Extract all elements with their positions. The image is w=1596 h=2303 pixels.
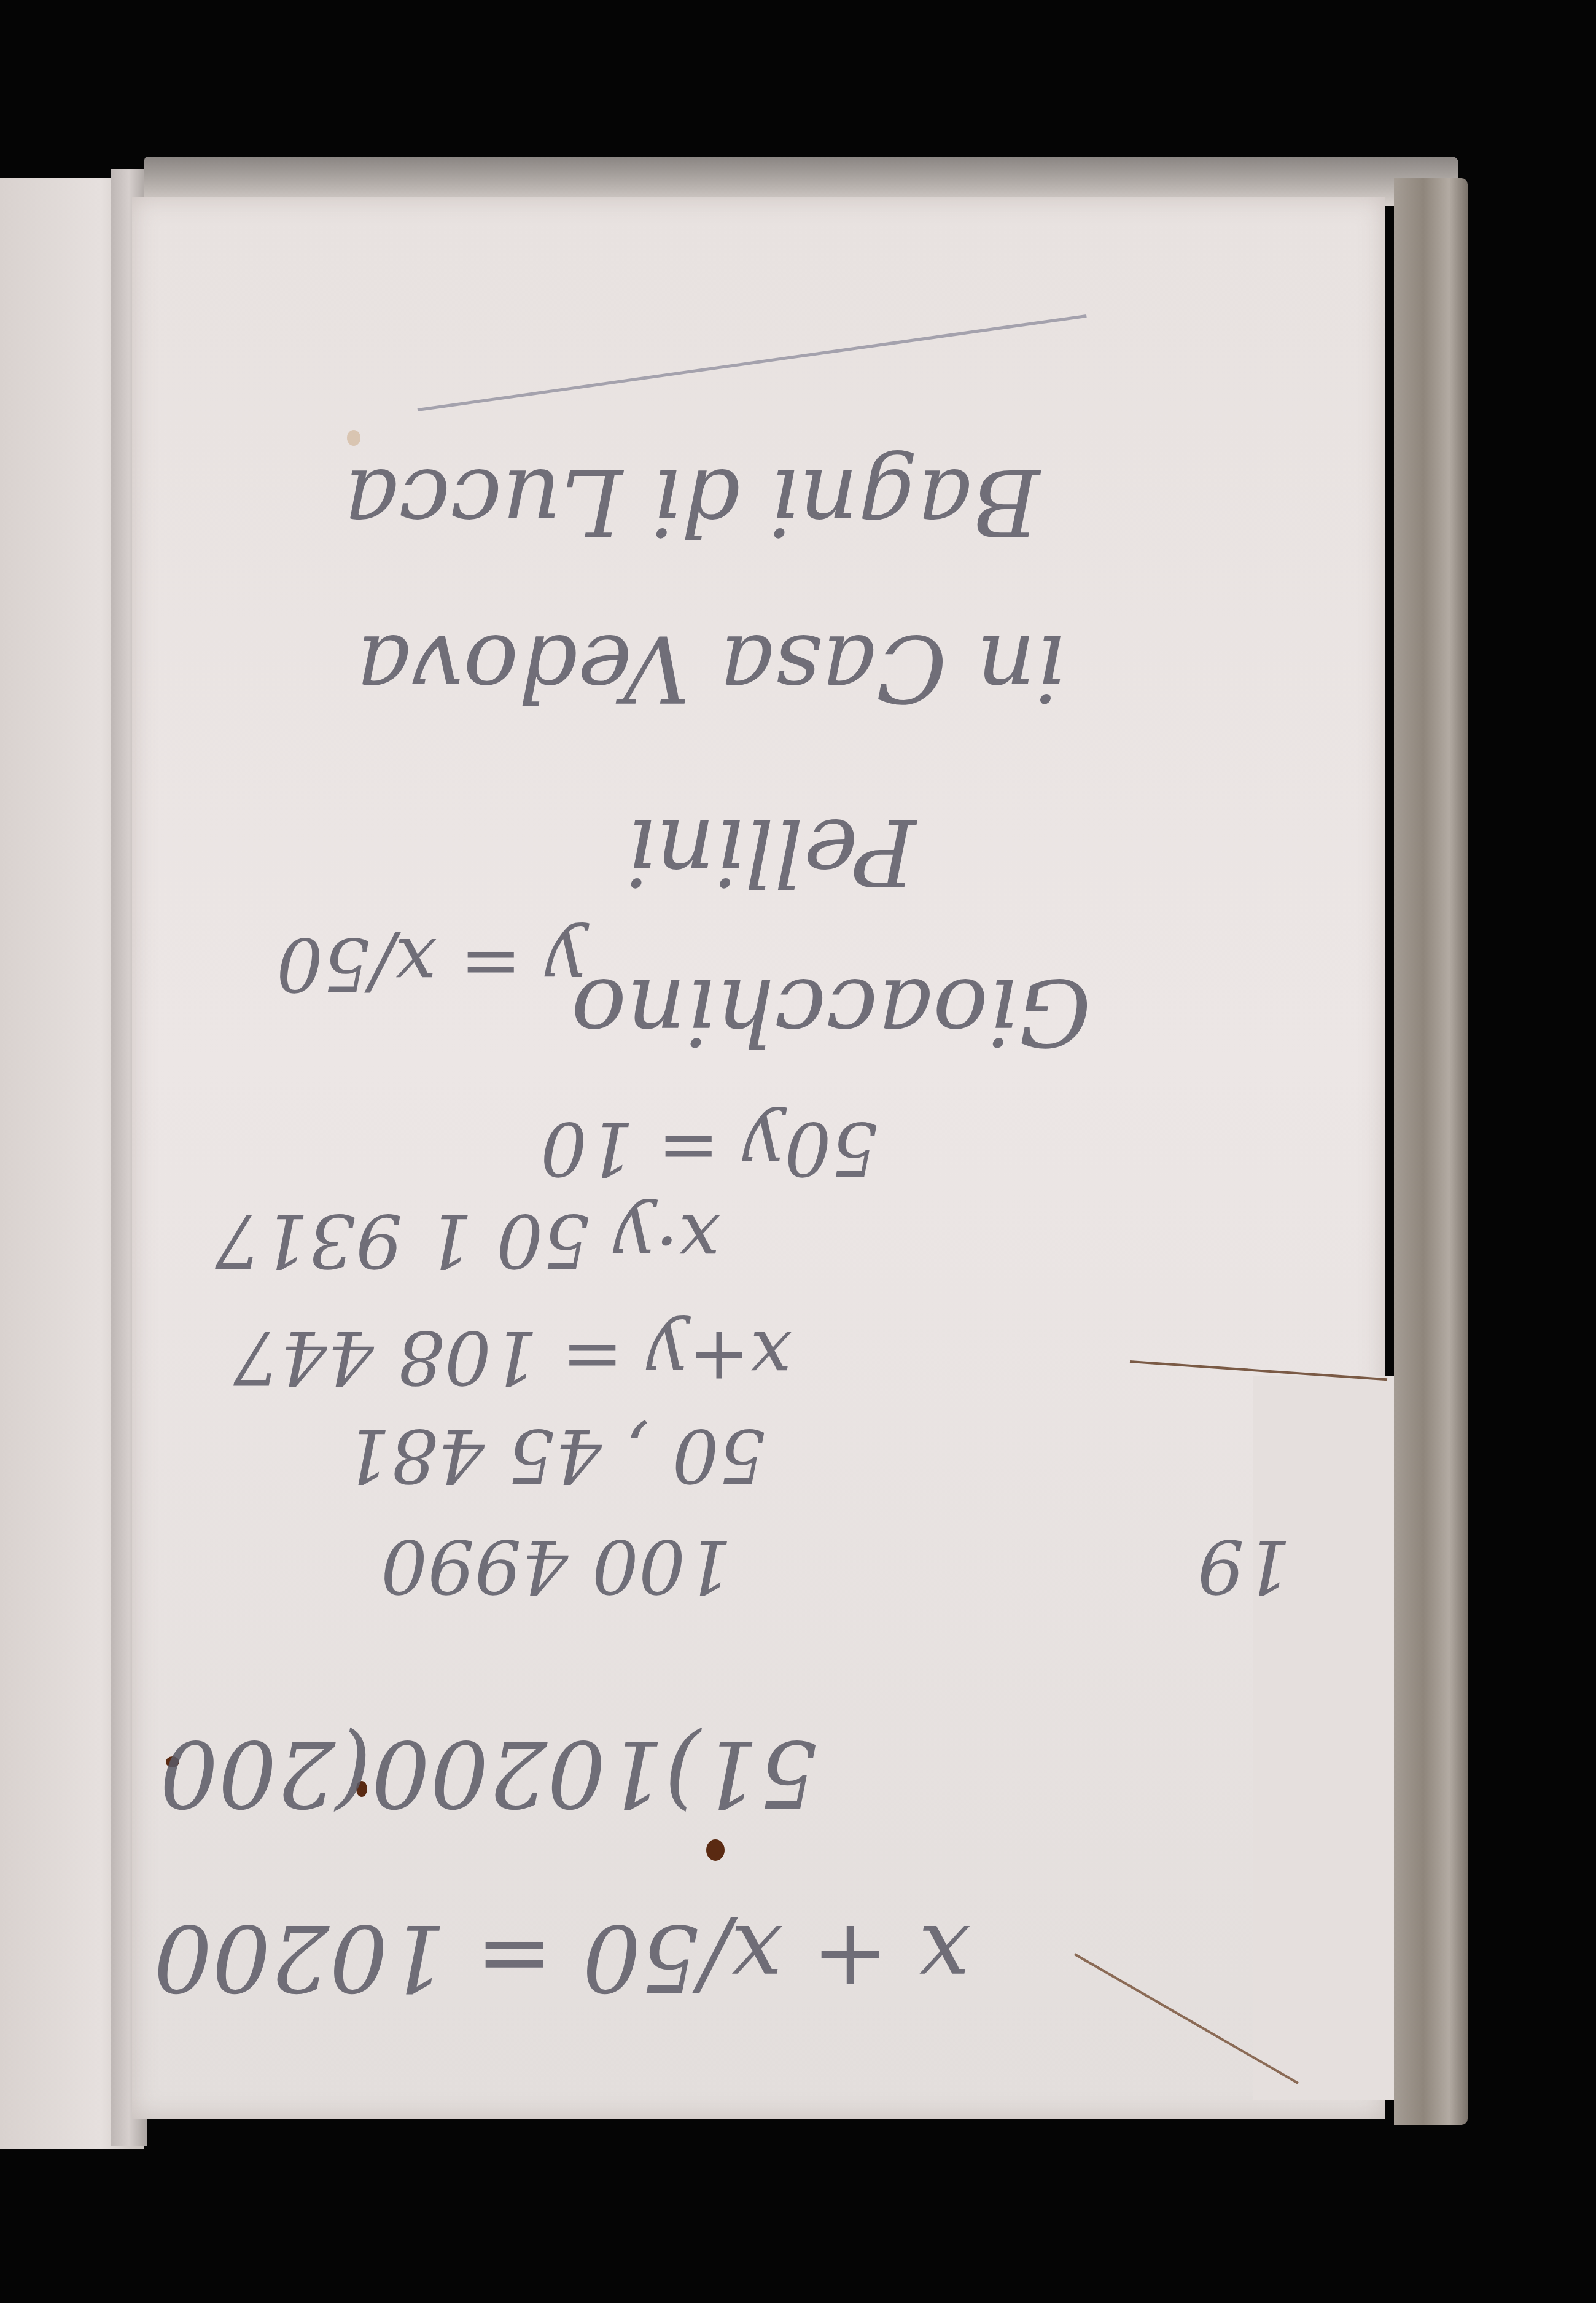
calc-line-2: x+y = 108 447 xyxy=(233,1314,792,1400)
equation-x-sum: x + x/50 = 10200 xyxy=(154,1904,970,2011)
annotation-line-casa: in Casa Vedova xyxy=(356,614,1065,721)
foxing-spot xyxy=(347,430,360,446)
endpaper-lower-right-flap xyxy=(1253,1376,1394,2100)
annotation-line-gioacchino: Gioacchino xyxy=(571,958,1091,1065)
annotation-line-name: Pellini xyxy=(626,798,916,905)
equation-50y: 50y = 10 xyxy=(540,1105,878,1191)
calc-line-1: x·y 50 1 9317 xyxy=(215,1198,720,1283)
page-number: 19 xyxy=(1197,1523,1291,1608)
vellum-cover-right-edge xyxy=(1394,178,1468,2125)
ink-stain xyxy=(706,1839,725,1861)
long-division: 51)10200(200 xyxy=(160,1720,817,1826)
annotation-line-bagni: Bagni di Lucca xyxy=(344,448,1040,555)
calc-line-4: 100 4990 xyxy=(381,1523,733,1608)
equation-y: y = x/50 xyxy=(276,921,586,1007)
calc-line-3: 50 , 45 481 xyxy=(344,1413,766,1498)
